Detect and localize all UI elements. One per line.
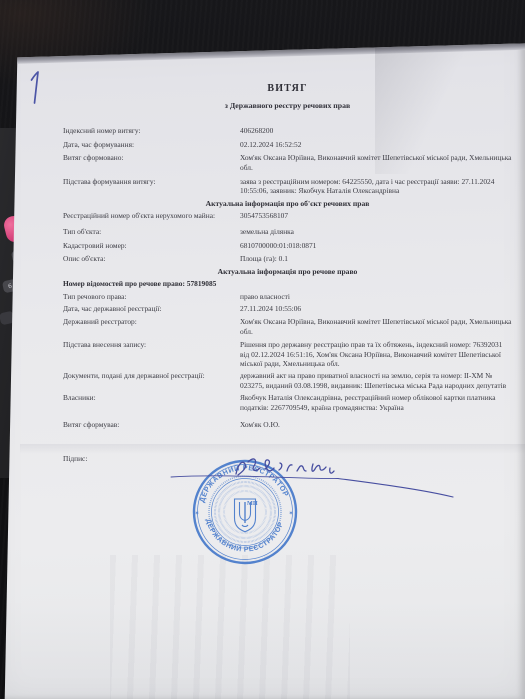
field-label: Підстава внесення запису: [63, 340, 240, 369]
field-label: Тип об'єкта: [63, 227, 240, 237]
field-row: Власники: Якобчук Наталія Олександрівна,… [63, 393, 512, 412]
document-subtitle: з Державного реєстру речових прав [63, 101, 512, 111]
field-row: Підстава формування витягу: заява з реєс… [63, 177, 512, 196]
document-title: ВИТЯГ [63, 82, 512, 95]
field-label: Державний реєстратор: [63, 317, 240, 336]
field-label: Опис об'єкта: [63, 254, 240, 264]
field-label: Кадастровий номер: [63, 241, 240, 251]
extract-document: ВИТЯГ з Державного реєстру речових прав … [63, 0, 512, 464]
field-value: Хом'як Оксана Юріївна, Виконавчий коміте… [240, 317, 512, 336]
field-row-signature: Підпис: [63, 454, 512, 464]
field-value: 406268200 [240, 126, 512, 136]
field-row: Витяг сформував: Хом'як О.Ю. [63, 420, 512, 430]
section-heading-object: Актуальна інформація про об'єкт речових … [63, 199, 512, 209]
field-value: 27.11.2024 10:55:06 [240, 304, 512, 314]
field-row: Документи, подані для державної реєстрац… [63, 371, 512, 390]
field-label: Витяг сформував: [63, 420, 240, 430]
field-row: Індексний номер витягу: 406268200 [63, 126, 512, 136]
field-label: Витяг сформовано: [63, 153, 240, 172]
field-value: 3054753568107 [240, 211, 512, 221]
field-row: Дата, час державної реєстрації: 27.11.20… [63, 304, 512, 314]
paper-crease [0, 600, 525, 699]
field-value: Хом'як Оксана Юріївна, Виконавчий коміте… [240, 153, 512, 172]
field-row: Тип об'єкта: земельна ділянка [63, 227, 512, 237]
photographed-document: 3 6 ВИТЯГ з Державного реєстру речових п… [0, 0, 525, 699]
paper-sheet: ВИТЯГ з Державного реєстру речових прав … [0, 0, 525, 699]
field-label: Дата, час державної реєстрації: [63, 304, 240, 314]
field-value: право власності [240, 292, 512, 302]
field-row: Кадастровий номер: 6810700000:01:018:087… [63, 241, 512, 251]
field-value: заява з реєстраційним номером: 64225550,… [240, 177, 512, 196]
field-row: Реєстраційний номер об'єкта нерухомого м… [63, 211, 512, 221]
field-row: Державний реєстратор: Хом'як Оксана Юрії… [63, 317, 512, 336]
field-value: державний акт на право приватної власнос… [240, 371, 512, 390]
field-value: Якобчук Наталія Олександрівна, реєстраці… [240, 393, 512, 412]
field-row: Опис об'єкта: Площа (га): 0.1 [63, 254, 512, 264]
field-label: Тип речового права: [63, 292, 240, 302]
field-row: Тип речового права: право власності [63, 292, 512, 302]
field-value: Площа (га): 0.1 [240, 254, 512, 264]
field-value: 02.12.2024 16:52:52 [240, 140, 512, 150]
field-row: Дата, час формування: 02.12.2024 16:52:5… [63, 140, 512, 150]
field-label: Документи, подані для державної реєстрац… [63, 371, 240, 390]
field-label: Підпис: [63, 454, 240, 464]
section-heading-right: Актуальна інформація про речове право [63, 267, 512, 277]
field-row: Підстава внесення запису: Рішення про де… [63, 340, 512, 369]
field-label: Дата, час формування: [63, 140, 240, 150]
field-value: Рішення про державну реєстрацію прав та … [240, 340, 512, 369]
field-label: Індексний номер витягу: [63, 126, 240, 136]
field-value [240, 454, 512, 464]
field-value: Хом'як О.Ю. [240, 420, 512, 430]
field-row: Витяг сформовано: Хом'як Оксана Юріївна,… [63, 153, 512, 172]
field-value: земельна ділянка [240, 227, 512, 237]
field-label: Реєстраційний номер об'єкта нерухомого м… [63, 211, 240, 221]
record-number-note: Номер відомостей про речове право: 57819… [63, 279, 512, 289]
field-value: 6810700000:01:018:0871 [240, 241, 512, 251]
field-label: Власники: [63, 393, 240, 412]
field-label: Підстава формування витягу: [63, 177, 240, 196]
